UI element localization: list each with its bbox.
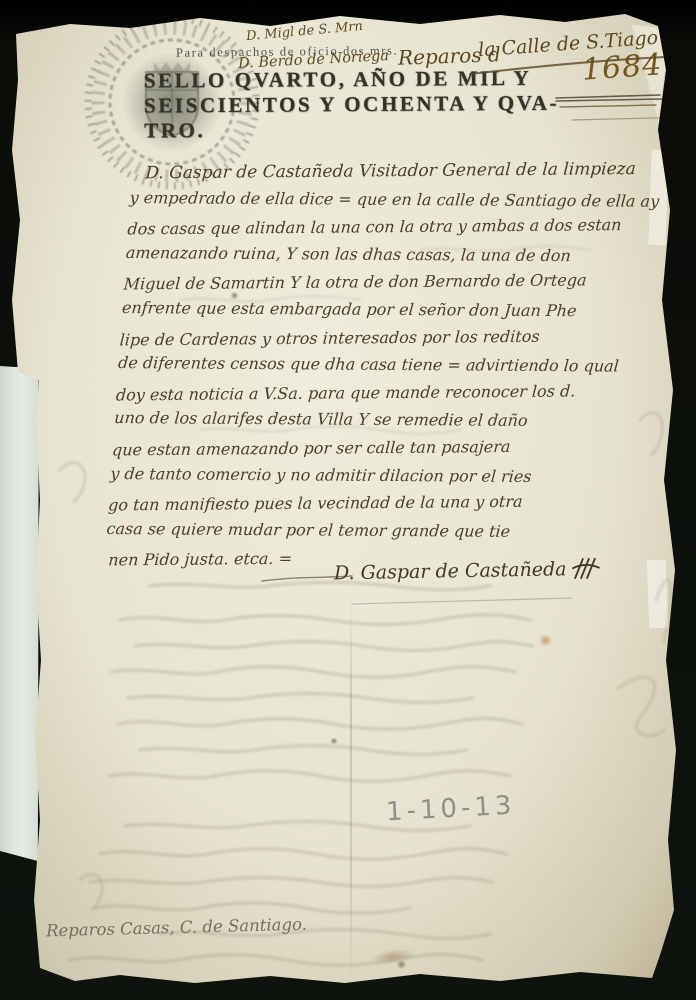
ink-stain (396, 960, 407, 969)
sello-heading: SELLO QVARTO, AÑO DE MIL Y SEISCIENTOS Y… (144, 65, 585, 143)
body-line: uno de los alarifes desta Villa Y se rem… (113, 404, 675, 436)
petition-body: D. Gaspar de Castañeda Visitador General… (104, 158, 693, 572)
body-line: go tan manifiesto pues la vecindad de la… (107, 487, 669, 519)
body-line: dos casas que alindan la una con la otra… (127, 211, 689, 243)
body-line: Miguel de Samartin Y la otra de don Bern… (123, 266, 685, 298)
sello-heading-line-1: SELLO QVARTO, AÑO DE MIL Y (144, 65, 584, 93)
body-line: que estan amenazando por ser calle tan p… (111, 431, 673, 463)
signature-rubric-icon (570, 556, 600, 583)
docket-note: Reparos Casas, C. de Santiago. (46, 915, 307, 941)
manuscript-page: Para despachos de oficio dos mrs. SELLO … (0, 0, 696, 1000)
underlying-sheet-edge (0, 366, 39, 866)
scanned-manuscript: Para despachos de oficio dos mrs. SELLO … (0, 0, 696, 1000)
ink-stain (538, 634, 553, 647)
owner-annotation-1: D. Migl de S. Mrn (246, 19, 364, 44)
archival-reference: 1-10-13 (385, 791, 516, 828)
year-annotation: 1684 (581, 47, 664, 88)
signature: D. Gaspar de Castañeda (334, 556, 601, 587)
body-line: de diferentes censos que dha casa tiene … (117, 349, 679, 381)
ink-stain (230, 292, 239, 299)
body-line: D. Gaspar de Castañeda Visitador General… (131, 156, 693, 188)
body-line: enfrente que esta embargada por el señor… (121, 294, 683, 326)
sello-heading-line-3: TRO. (144, 115, 584, 143)
signature-name: D. Gaspar de Castañeda (334, 558, 567, 584)
paper-crease (350, 598, 352, 986)
ink-stain (371, 947, 414, 966)
sello-heading-line-2: SEISCIENTOS Y OCHENTA Y QVA- (144, 90, 584, 118)
ink-stain (330, 738, 338, 744)
